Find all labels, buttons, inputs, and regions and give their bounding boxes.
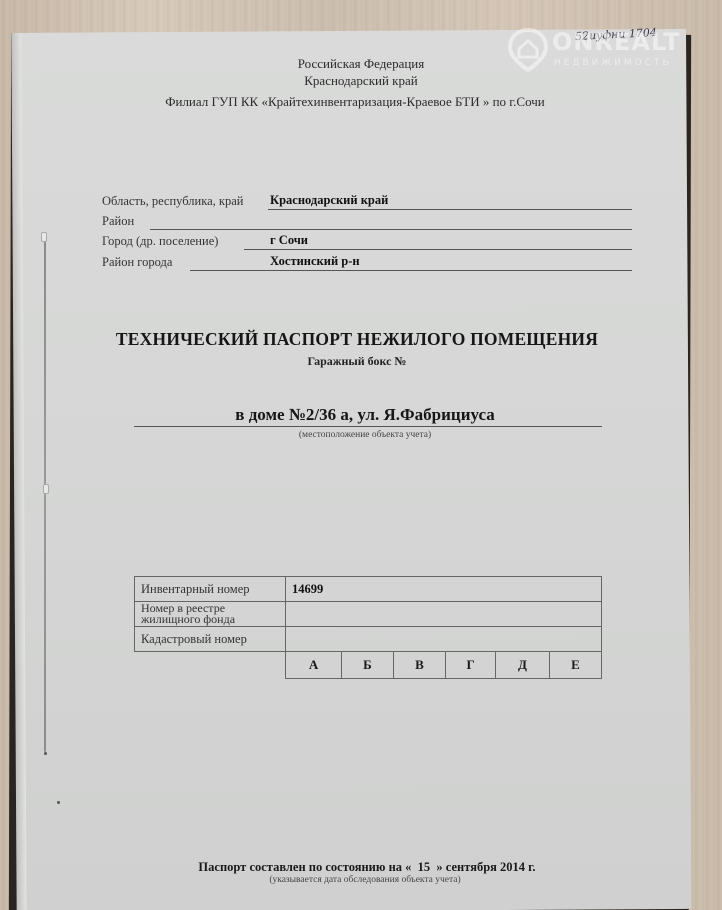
field-label: Город (др. поселение) bbox=[102, 234, 218, 249]
inventory-number-label: Инвентарный номер bbox=[135, 577, 286, 602]
housing-registry-label: Номер в реестре жилищного фонда bbox=[135, 602, 286, 627]
letter-cell: Б bbox=[342, 652, 394, 679]
letter-cell: Е bbox=[549, 652, 601, 679]
field-value: Краснодарский край bbox=[270, 193, 388, 208]
field-city-district: Район города Хостинский р-н bbox=[102, 255, 632, 273]
letter-cell: Г bbox=[446, 652, 496, 679]
address-caption: (местоположение объекта учета) bbox=[4, 430, 722, 440]
document-page bbox=[14, 29, 691, 910]
inventory-number-value: 14699 bbox=[286, 577, 602, 602]
field-underline bbox=[190, 270, 632, 271]
letter-cell: В bbox=[393, 652, 445, 679]
document-title: ТЕХНИЧЕСКИЙ ПАСПОРТ НЕЖИЛОГО ПОМЕЩЕНИЯ bbox=[0, 329, 718, 350]
table-row: Инвентарный номер 14699 bbox=[135, 577, 602, 602]
address-underline bbox=[134, 426, 602, 427]
field-region: Область, республика, край Краснодарский … bbox=[102, 194, 632, 212]
table-row: Кадастровый номер bbox=[135, 627, 602, 652]
field-value: Хостинский р-н bbox=[270, 254, 360, 269]
watermark-brand: ONREALT bbox=[552, 28, 681, 56]
registry-table: Инвентарный номер 14699 Номер в реестре … bbox=[134, 576, 602, 652]
binding-hole bbox=[44, 752, 47, 755]
field-value: г Сочи bbox=[270, 233, 308, 248]
field-label: Район bbox=[102, 214, 134, 229]
field-underline bbox=[150, 229, 632, 230]
document-subtitle: Гаражный бокс № bbox=[0, 354, 718, 369]
object-address: в доме №2/36 а, ул. Я.Фабрициуса bbox=[4, 405, 722, 425]
binding-hole bbox=[57, 801, 60, 804]
field-district: Район bbox=[102, 214, 632, 232]
field-city: Город (др. поселение) г Сочи bbox=[102, 234, 632, 252]
field-underline bbox=[268, 209, 632, 210]
field-label: Район города bbox=[102, 255, 172, 270]
header-country: Российская Федерация bbox=[0, 56, 722, 72]
field-underline bbox=[244, 249, 632, 250]
table-row: Номер в реестре жилищного фонда bbox=[135, 602, 602, 627]
header-region: Краснодарский край bbox=[0, 73, 722, 89]
binding-knot-middle bbox=[43, 484, 49, 494]
cadastral-number-value bbox=[286, 627, 602, 652]
passport-date-statement: Паспорт составлен по состоянию на « 15 »… bbox=[6, 860, 722, 875]
housing-registry-value bbox=[286, 602, 602, 627]
passport-date-caption: (указывается дата обследования объекта у… bbox=[4, 875, 722, 885]
header-organization: Филиал ГУП КК «Крайтехинвентаризация-Кра… bbox=[0, 94, 716, 110]
field-label: Область, республика, край bbox=[102, 194, 243, 209]
letters-row: А Б В Г Д Е bbox=[285, 651, 602, 679]
binding-knot-top bbox=[41, 232, 47, 242]
cadastral-number-label: Кадастровый номер bbox=[135, 627, 286, 652]
letter-cell: А bbox=[286, 652, 342, 679]
letter-cell: Д bbox=[496, 652, 550, 679]
